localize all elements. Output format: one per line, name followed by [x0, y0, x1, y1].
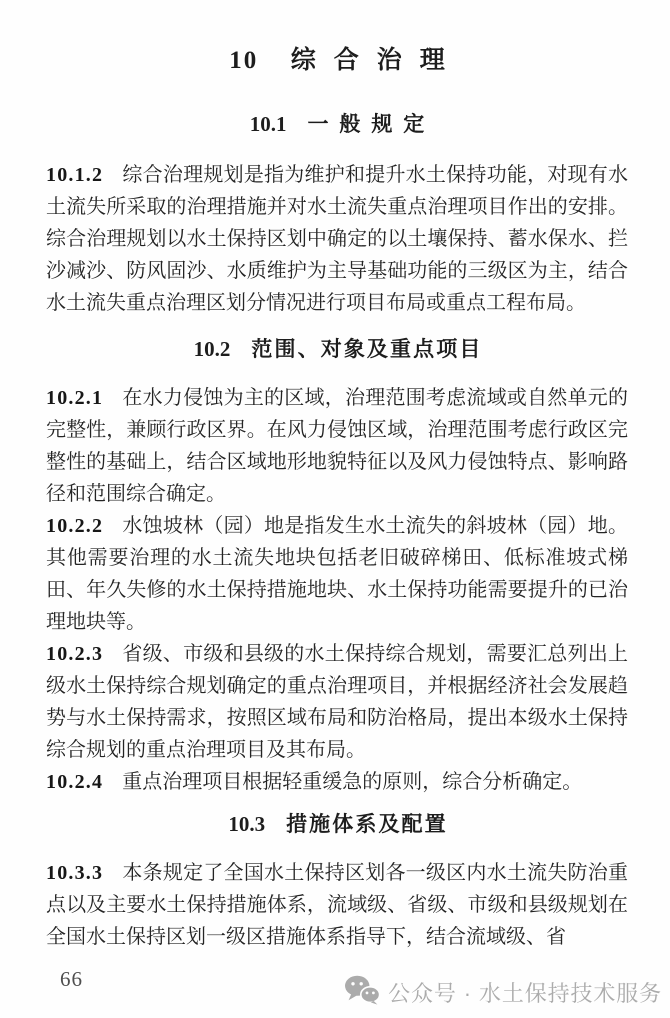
paragraph-number: 10.2.3	[46, 643, 103, 665]
document-page: 10综合治理 10.1一般规定 10.1.2综合治理规划是指为维护和提升水土保持…	[0, 0, 670, 1018]
paragraph-text: 水蚀坡林（园）地是指发生水土流失的斜坡林（园）地。其他需要治理的水土流失地块包括…	[46, 515, 628, 633]
paragraph-number: 10.3.3	[46, 862, 103, 884]
paragraph-10-2-2: 10.2.2水蚀坡林（园）地是指发生水土流失的斜坡林（园）地。其他需要治理的水土…	[46, 510, 628, 638]
section-number: 10.3	[228, 812, 265, 836]
section-title: 措施体系及配置	[286, 812, 448, 836]
section-title: 范围、对象及重点项目	[251, 337, 482, 361]
paragraph-10-2-1: 10.2.1在水力侵蚀为主的区域，治理范围考虑流域或自然单元的完整性，兼顾行政区…	[46, 382, 628, 510]
section-number: 10.2	[194, 337, 231, 361]
paragraph-text: 本条规定了全国水土保持区划各一级区内水土流失防治重点以及主要水土保持措施体系，流…	[46, 862, 628, 948]
section-title: 一般规定	[307, 112, 435, 136]
chapter-title: 综合治理	[291, 47, 463, 74]
paragraph-10-2-3: 10.2.3省级、市级和县级的水土保持综合规划，需要汇总列出上级水土保持综合规划…	[46, 638, 628, 766]
paragraph-text: 省级、市级和县级的水土保持综合规划，需要汇总列出上级水土保持综合规划确定的重点治…	[46, 643, 628, 761]
paragraph-text: 重点治理项目根据轻重缓急的原则，综合分析确定。	[122, 771, 582, 793]
section-number: 10.1	[250, 112, 287, 136]
paragraph-text: 在水力侵蚀为主的区域，治理范围考虑流域或自然单元的完整性，兼顾行政区界。在风力侵…	[46, 387, 628, 505]
paragraph-10-2-4: 10.2.4重点治理项目根据轻重缓急的原则，综合分析确定。	[46, 766, 628, 798]
paragraph-10-1-2: 10.1.2综合治理规划是指为维护和提升水土保持功能，对现有水土流失所采取的治理…	[46, 159, 628, 319]
paragraph-text: 综合治理规划是指为维护和提升水土保持功能，对现有水土流失所采取的治理措施并对水土…	[46, 164, 628, 314]
paragraph-10-3-3: 10.3.3本条规定了全国水土保持区划各一级区内水土流失防治重点以及主要水土保持…	[46, 857, 628, 953]
chapter-number: 10	[229, 47, 258, 74]
section-heading-10-2: 10.2范围、对象及重点项目	[46, 337, 628, 362]
page-number: 66	[60, 967, 83, 992]
paragraph-number: 10.2.1	[46, 387, 103, 409]
paragraph-number: 10.2.2	[46, 515, 103, 537]
watermark: 公众号 · 水土保持技术服务	[344, 975, 662, 1010]
watermark-text: 公众号 · 水土保持技术服务	[388, 977, 662, 1008]
paragraph-number: 10.1.2	[46, 164, 103, 186]
section-heading-10-3: 10.3措施体系及配置	[46, 812, 628, 837]
paragraph-number: 10.2.4	[46, 771, 103, 793]
page-content: 10综合治理 10.1一般规定 10.1.2综合治理规划是指为维护和提升水土保持…	[0, 0, 670, 953]
wechat-icon	[344, 975, 380, 1010]
chapter-heading: 10综合治理	[46, 46, 628, 76]
section-heading-10-1: 10.1一般规定	[46, 112, 628, 137]
